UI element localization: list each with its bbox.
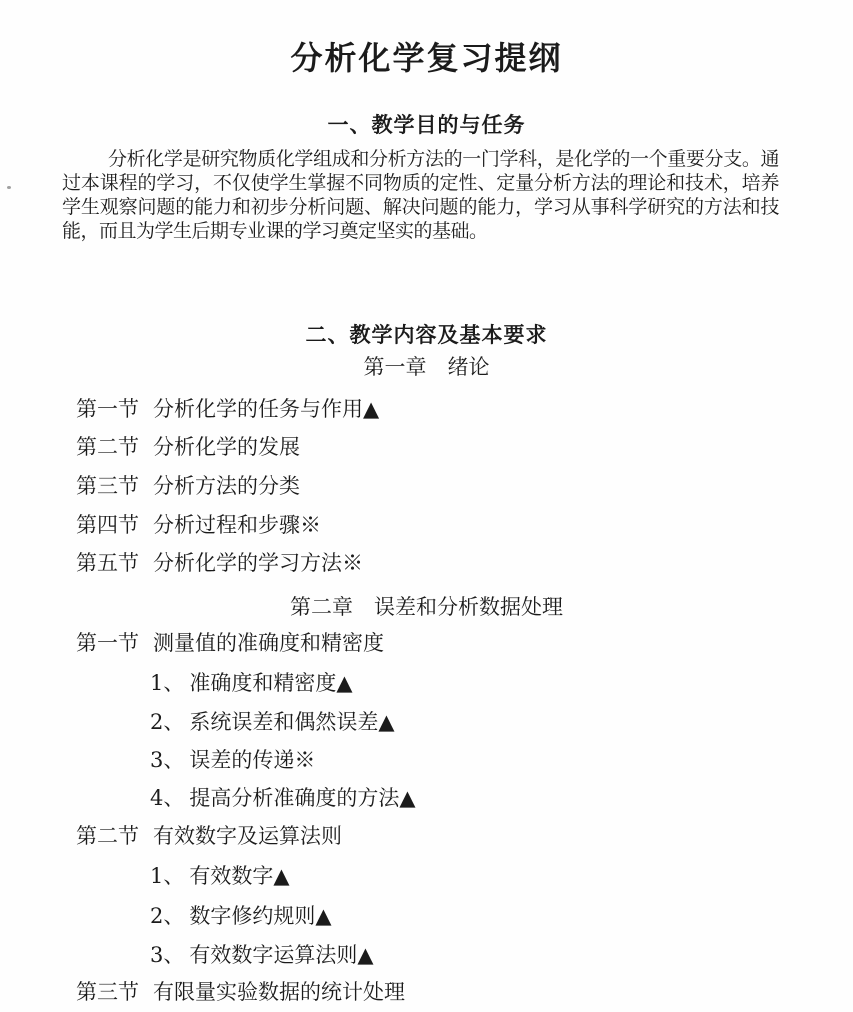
- outline-item-text: 有效数字运算法则▲: [189, 943, 373, 967]
- intro-paragraph: 分析化学是研究物质化学组成和分析方法的一门学科，是化学的一个重要分支。通过本课程…: [62, 147, 779, 243]
- outline-item-text: 分析化学的任务与作用▲: [153, 397, 379, 421]
- outline-item-text: 系统误差和偶然误差▲: [189, 710, 394, 734]
- outline-item-label: 2、: [150, 710, 184, 734]
- outline-item-label: 第二节: [76, 824, 139, 848]
- outline-sub-item: 1、有效数字▲: [150, 863, 290, 889]
- outline-item-text: 测量值的准确度和精密度: [153, 631, 384, 655]
- outline-item-text: 分析过程和步骤※: [153, 513, 321, 537]
- scan-artifact-dot: [7, 186, 11, 189]
- outline-section-item: 第二节分析化学的发展: [76, 434, 300, 460]
- outline-section-item: 第三节分析方法的分类: [76, 473, 300, 499]
- outline-item-label: 第三节: [76, 474, 139, 498]
- outline-item-text: 分析化学的发展: [153, 435, 300, 459]
- chapter-1-title: 第一章 绪论: [0, 351, 853, 381]
- outline-section-item: 第四节分析过程和步骤※: [76, 512, 321, 538]
- outline-item-text: 数字修约规则▲: [189, 904, 331, 928]
- outline-item-label: 第一节: [76, 631, 139, 655]
- outline-item-text: 有限量实验数据的统计处理: [153, 980, 405, 1004]
- outline-item-text: 有效数字及运算法则: [153, 824, 342, 848]
- outline-item-label: 1、: [150, 864, 184, 888]
- outline-item-label: 3、: [150, 943, 184, 967]
- document-page: 分析化学复习提纲 一、教学目的与任务 分析化学是研究物质化学组成和分析方法的一门…: [0, 0, 853, 1012]
- section-2-heading: 二、教学内容及基本要求: [0, 319, 853, 349]
- outline-item-label: 3、: [150, 748, 184, 772]
- outline-item-label: 第一节: [76, 397, 139, 421]
- outline-item-text: 有效数字▲: [189, 864, 289, 888]
- outline-sub-item: 1、准确度和精密度▲: [150, 670, 353, 696]
- outline-item-text: 提高分析准确度的方法▲: [189, 786, 415, 810]
- outline-item-label: 第四节: [76, 513, 139, 537]
- outline-item-text: 准确度和精密度▲: [189, 671, 352, 695]
- outline-item-label: 第二节: [76, 435, 139, 459]
- outline-item-label: 第三节: [76, 980, 139, 1004]
- document-title: 分析化学复习提纲: [0, 33, 853, 79]
- outline-sub-item: 4、提高分析准确度的方法▲: [150, 785, 416, 811]
- outline-section-item: 第一节测量值的准确度和精密度: [76, 630, 384, 656]
- outline-sub-item: 3、有效数字运算法则▲: [150, 942, 374, 968]
- outline-item-label: 1、: [150, 671, 184, 695]
- outline-sub-item: 2、数字修约规则▲: [150, 903, 332, 929]
- section-1-heading: 一、教学目的与任务: [0, 109, 853, 139]
- outline-item-label: 第五节: [76, 551, 139, 575]
- outline-sub-item: 3、误差的传递※: [150, 747, 315, 773]
- outline-item-label: 2、: [150, 904, 184, 928]
- chapter-2-title: 第二章 误差和分析数据处理: [0, 591, 853, 621]
- outline-section-item: 第五节分析化学的学习方法※: [76, 550, 363, 576]
- outline-section-item: 第二节有效数字及运算法则: [76, 823, 342, 849]
- outline-section-item: 第三节有限量实验数据的统计处理: [76, 979, 405, 1005]
- outline-item-text: 误差的传递※: [189, 748, 315, 772]
- outline-item-label: 4、: [150, 786, 184, 810]
- outline-item-text: 分析化学的学习方法※: [153, 551, 363, 575]
- outline-section-item: 第一节分析化学的任务与作用▲: [76, 396, 379, 422]
- outline-item-text: 分析方法的分类: [153, 474, 300, 498]
- outline-sub-item: 2、系统误差和偶然误差▲: [150, 709, 395, 735]
